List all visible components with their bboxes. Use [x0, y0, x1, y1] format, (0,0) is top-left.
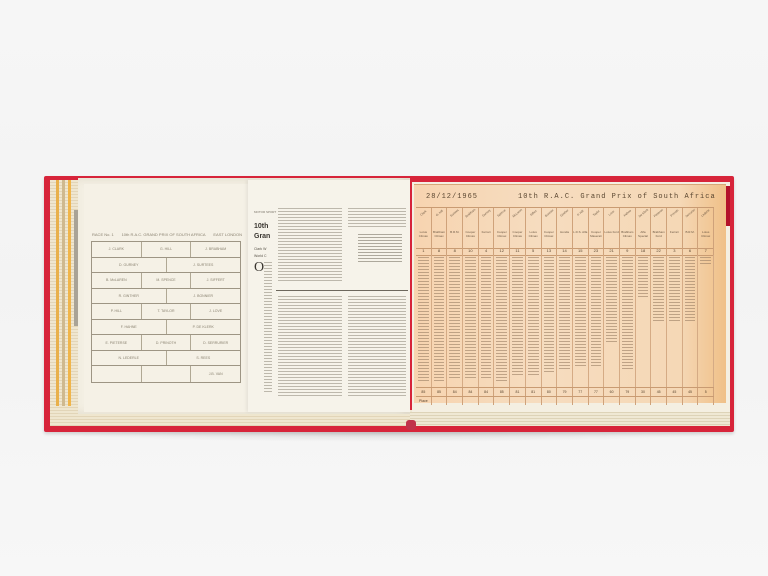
grid-cell — [142, 366, 192, 382]
laps-value: 5 — [698, 388, 714, 396]
place-value — [636, 397, 652, 405]
article-kicker: MOTOR SPORT — [254, 210, 276, 214]
driver-column-header: BonnierCooper Climax — [542, 208, 558, 248]
driver-column-header: G. HillBrabham Climax — [432, 208, 448, 248]
doc-header-right: EAST LONDON — [213, 232, 242, 237]
grid-cell: E. PIETERSE — [92, 335, 142, 350]
car-number: 21 — [604, 247, 620, 255]
lap-times-column — [667, 255, 683, 387]
place-value — [620, 397, 636, 405]
place-value — [698, 397, 714, 405]
grid-cell: S. REES — [167, 351, 241, 366]
lap-times-column — [542, 255, 558, 387]
laps-value: 84 — [447, 388, 463, 396]
text-column — [278, 296, 342, 396]
laps-value: 81 — [526, 388, 542, 396]
laps-value: 45 — [651, 388, 667, 396]
magazine-article-clipping: MOTOR SPORT 10th Gran Clark W World C O — [248, 180, 410, 412]
race-title: 10th R.A.C. Grand Prix of South Africa — [518, 193, 716, 201]
grid-cell: M. SPENCE — [142, 273, 192, 288]
grid-cell: J. LOVE — [191, 304, 240, 319]
grid-cell: F. HAHNE — [92, 320, 167, 335]
grid-row: R. GINTHER J. BONNIER — [92, 289, 240, 305]
place-value — [542, 397, 558, 405]
grid-row: J.B. VAN — [92, 366, 240, 382]
ledger-footer: 85 85 84 84 84 85 81 81 80 79 77 77 60 7… — [416, 387, 714, 403]
ledger-header: ClarkLotus Climax G. HillBrabham Climax … — [416, 207, 714, 249]
lap-times-column — [463, 255, 479, 387]
grid-cell: D. SERRURIER — [191, 335, 240, 350]
grid-cell: P. DE KLERK — [167, 320, 241, 335]
laps-value: 81 — [510, 388, 526, 396]
laps-value: 45 — [683, 388, 699, 396]
laps-value: 85 — [416, 388, 432, 396]
car-number: 5 — [526, 247, 542, 255]
grid-cell — [92, 366, 142, 382]
orange-tab-strip — [56, 180, 59, 406]
car-number: 8 — [432, 247, 448, 255]
laps-value: 80 — [542, 388, 558, 396]
driver-column-header: LederleLotus Climax — [698, 208, 714, 248]
lap-times-column — [416, 255, 432, 387]
text-column — [264, 262, 272, 392]
laps-value: 60 — [604, 388, 620, 396]
laps-value: 84 — [479, 388, 495, 396]
laps-value: 77 — [589, 388, 605, 396]
place-value — [604, 397, 620, 405]
grid-cell: R. GINTHER — [92, 289, 167, 304]
driver-column-header: SerrurierB.R.M. — [683, 208, 699, 248]
laps-value: 30 — [636, 388, 652, 396]
place-value — [510, 397, 526, 405]
text-column — [348, 208, 406, 228]
driver-column-header: SiffertLotus Climax — [526, 208, 542, 248]
driver-column-header: ClarkLotus Climax — [416, 208, 432, 248]
driver-column-header: SpenceCooper Climax — [494, 208, 510, 248]
place-value — [479, 397, 495, 405]
article-meta-line: World C — [254, 253, 267, 260]
grid-row: B. McLAREN M. SPENCE J. SIFFERT — [92, 273, 240, 289]
left-page: RACE No. 1 10th R.A.C. GRAND PRIX OF SOU… — [78, 178, 410, 414]
car-number: 14 — [557, 247, 573, 255]
grid-cell: J.B. VAN — [191, 366, 240, 382]
lap-times-column — [494, 255, 510, 387]
grid-cell: J. BRABHAM — [191, 242, 240, 257]
ledger-title-row: 28/12/1965 10th R.A.C. Grand Prix of Sou… — [426, 193, 718, 201]
place-label: Place — [416, 397, 432, 405]
laps-value: 45 — [667, 388, 683, 396]
grid-cell: J. SURTEES — [167, 258, 241, 273]
grid-row: E. PIETERSE D. PRINOTH D. SERRURIER — [92, 335, 240, 351]
grid-cell: P. HILL — [92, 304, 142, 319]
spine-binding — [406, 420, 416, 430]
lap-times-column — [447, 255, 463, 387]
article-title-line: 10th — [254, 222, 270, 232]
driver-column-header: P. HillL.D.S. Alfa — [573, 208, 589, 248]
article-title: 10th Gran — [254, 222, 270, 242]
car-number: 4 — [479, 247, 495, 255]
grid-row: D. GURNEY J. SURTEES — [92, 258, 240, 274]
car-number: 15 — [573, 247, 589, 255]
place-value — [526, 397, 542, 405]
article-dropcap: O — [254, 260, 264, 276]
car-number: 23 — [589, 247, 605, 255]
place-value — [683, 397, 699, 405]
bookmark-ribbon — [726, 186, 730, 226]
grid-row: N. LEDERLE S. REES — [92, 351, 240, 367]
divider-rule — [276, 290, 408, 291]
place-value — [651, 397, 667, 405]
lap-times-grid — [416, 255, 714, 387]
laps-value: 77 — [573, 388, 589, 396]
laps-value: 85 — [432, 388, 448, 396]
lap-times-column — [698, 255, 714, 387]
place-value — [557, 397, 573, 405]
lap-times-column — [573, 255, 589, 387]
lap-times-column — [620, 255, 636, 387]
car-number: 10 — [463, 247, 479, 255]
text-column — [278, 208, 342, 282]
driver-column-header: BrabhamCooper Climax — [463, 208, 479, 248]
car-number: 13 — [542, 247, 558, 255]
laps-value: 85 — [494, 388, 510, 396]
doc-header-center: 10th R.A.C. GRAND PRIX OF SOUTH AFRICA — [122, 232, 206, 237]
grid-cell: T. TAYLOR — [142, 304, 192, 319]
starting-grid-document: RACE No. 1 10th R.A.C. GRAND PRIX OF SOU… — [84, 184, 254, 412]
driver-column-header: TaylorCooper Maserati — [589, 208, 605, 248]
car-number: 6 — [683, 247, 699, 255]
lap-times-column — [604, 255, 620, 387]
car-number: 8 — [447, 247, 463, 255]
text-column — [348, 296, 406, 396]
grid-cell: G. HILL — [142, 242, 192, 257]
place-value — [463, 397, 479, 405]
right-page: 28/12/1965 10th R.A.C. Grand Prix of Sou… — [412, 182, 730, 412]
driver-column-header: GintherHonda — [557, 208, 573, 248]
laps-value: 84 — [463, 388, 479, 396]
car-number: 9 — [620, 247, 636, 255]
car-number: 3 — [667, 247, 683, 255]
place-value — [667, 397, 683, 405]
lap-times-column — [651, 255, 667, 387]
place-value — [573, 397, 589, 405]
place-value — [432, 397, 448, 405]
laps-value: 79 — [620, 388, 636, 396]
car-number: 11 — [510, 247, 526, 255]
race-date: 28/12/1965 — [426, 193, 478, 201]
grid-cell: J. SIFFERT — [191, 273, 240, 288]
lap-times-column — [683, 255, 699, 387]
grid-row: F. HAHNE P. DE KLERK — [92, 320, 240, 336]
place-value — [589, 397, 605, 405]
photo-scene: RACE No. 1 10th R.A.C. GRAND PRIX OF SOU… — [0, 0, 768, 576]
doc-header-left: RACE No. 1 — [92, 232, 114, 237]
lap-times-column — [589, 255, 605, 387]
orange-tab-strip — [68, 180, 71, 406]
place-value — [447, 397, 463, 405]
car-number: 18 — [636, 247, 652, 255]
results-table — [358, 234, 402, 262]
car-number: 12 — [494, 247, 510, 255]
laps-completed-row: 85 85 84 84 84 85 81 81 80 79 77 77 60 7… — [416, 387, 714, 396]
driver-column-header: SurteesB.R.M. — [447, 208, 463, 248]
grid-cell: N. LEDERLE — [92, 351, 167, 366]
lap-times-column — [479, 255, 495, 387]
driver-column-header: PieterseBrabham Ford — [651, 208, 667, 248]
driver-column-header: GurneyFerrari — [479, 208, 495, 248]
lap-times-column — [526, 255, 542, 387]
place-row: Place — [416, 396, 714, 405]
tab-dividers — [54, 180, 80, 406]
grid-cell: D. GURNEY — [92, 258, 167, 273]
lap-times-column — [557, 255, 573, 387]
laps-value: 79 — [557, 388, 573, 396]
article-meta: Clark W World C — [254, 246, 267, 260]
grid-doc-header: RACE No. 1 10th R.A.C. GRAND PRIX OF SOU… — [92, 232, 242, 237]
article-meta-line: Clark W — [254, 246, 267, 253]
grid-cell: J. CLARK — [92, 242, 142, 257]
driver-column-header: HahneBrabham Climax — [620, 208, 636, 248]
right-page-edges — [410, 410, 730, 426]
driver-column-header: LoveLotus Ford — [604, 208, 620, 248]
article-title-line: Gran — [254, 232, 270, 242]
tan-tab-strip — [62, 180, 65, 406]
starting-grid-table: J. CLARK G. HILL J. BRABHAM D. GURNEY J.… — [91, 241, 241, 383]
car-number: 22 — [651, 247, 667, 255]
lap-times-column — [636, 255, 652, 387]
driver-column-header: De KlerkAlfa Special — [636, 208, 652, 248]
grid-row: P. HILL T. TAYLOR J. LOVE — [92, 304, 240, 320]
place-value — [494, 397, 510, 405]
grid-cell: J. BONNIER — [167, 289, 241, 304]
car-number: 1 — [416, 247, 432, 255]
driver-column-header: McLarenCooper Climax — [510, 208, 526, 248]
grid-row: J. CLARK G. HILL J. BRABHAM — [92, 242, 240, 258]
grid-cell: D. PRINOTH — [142, 335, 192, 350]
lap-chart-sheet: 28/12/1965 10th R.A.C. Grand Prix of Sou… — [414, 184, 726, 403]
lap-times-column — [510, 255, 526, 387]
lap-times-column — [432, 255, 448, 387]
grid-cell: B. McLAREN — [92, 273, 142, 288]
driver-column-header: PrinothFerrari — [667, 208, 683, 248]
car-number: 7 — [698, 247, 714, 255]
